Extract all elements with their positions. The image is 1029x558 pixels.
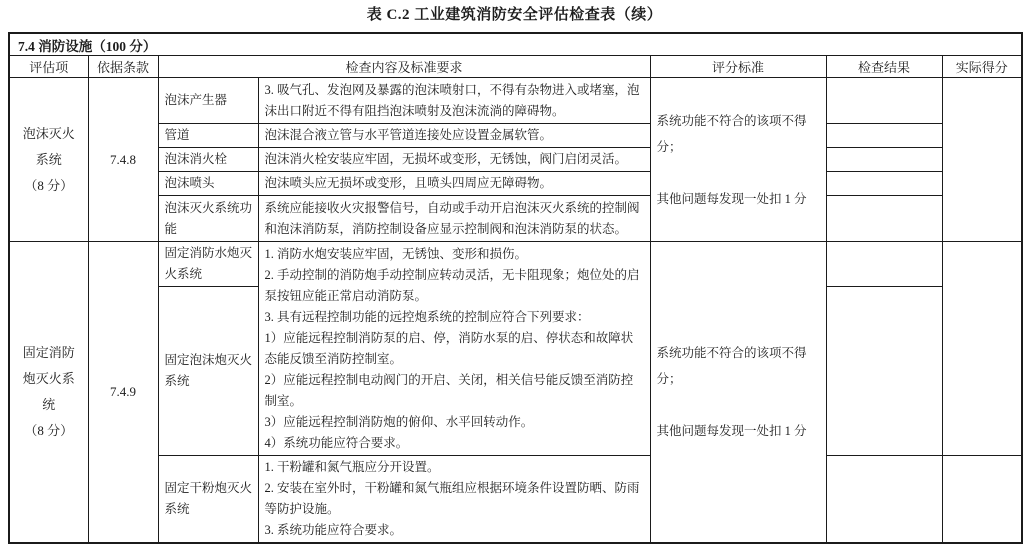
score-cell <box>942 78 1022 242</box>
section-bar: 7.4 消防设施（100 分） <box>9 33 1022 56</box>
score-cell <box>942 242 1022 456</box>
result-cell <box>826 196 942 242</box>
result-cell <box>826 287 942 456</box>
requirement-cell: 3. 吸气孔、发泡网及暴露的泡沫喷射口，不得有杂物进入或堵塞，泡 沫出口附近不得… <box>258 78 650 124</box>
col-header-result: 检查结果 <box>826 56 942 78</box>
document-page: 表 C.2 工业建筑消防安全评估检查表（续） 7.4 消防设施（100 分） 评… <box>0 0 1029 558</box>
item-cell: 固定消防 炮灭火系 统 （8 分） <box>9 242 88 543</box>
sub-item-cell: 固定干粉炮灭火 系统 <box>158 456 258 543</box>
evaluation-checklist-table: 7.4 消防设施（100 分） 评估项 依据条款 检查内容及标准要求 评分标准 … <box>8 32 1023 544</box>
result-cell <box>826 242 942 287</box>
criteria-cell: 系统功能不符合的该项不得 分； 其他问题每发现一处扣 1 分 <box>650 78 826 242</box>
result-cell <box>826 172 942 196</box>
result-cell <box>826 148 942 172</box>
col-header-clause: 依据条款 <box>88 56 158 78</box>
sub-item-cell: 泡沫消火栓 <box>158 148 258 172</box>
requirement-cell: 1. 消防水炮安装应牢固，无锈蚀、变形和损伤。 2. 手动控制的消防炮手动控制应… <box>258 242 650 456</box>
criteria-cell: 系统功能不符合的该项不得 分； 其他问题每发现一处扣 1 分 <box>650 242 826 543</box>
col-header-content: 检查内容及标准要求 <box>158 56 650 78</box>
sub-item-cell: 固定消防水炮灭 火系统 <box>158 242 258 287</box>
item-cell: 泡沫灭火 系统 （8 分） <box>9 78 88 242</box>
col-header-score: 实际得分 <box>942 56 1022 78</box>
sub-item-cell: 固定泡沫炮灭火 系统 <box>158 287 258 456</box>
sub-item-cell: 泡沫产生器 <box>158 78 258 124</box>
col-header-criteria: 评分标准 <box>650 56 826 78</box>
col-header-item: 评估项 <box>9 56 88 78</box>
requirement-cell: 泡沫混合液立管与水平管道连接处应设置金属软管。 <box>258 124 650 148</box>
result-cell <box>826 78 942 124</box>
result-cell <box>826 124 942 148</box>
page-title: 表 C.2 工业建筑消防安全评估检查表（续） <box>0 0 1029 32</box>
requirement-cell: 系统应能接收火灾报警信号，自动或手动开启泡沫灭火系统的控制阀 和泡沫消防泵，消防… <box>258 196 650 242</box>
requirement-cell: 1. 干粉罐和氮气瓶应分开设置。 2. 安装在室外时，干粉罐和氮气瓶组应根据环境… <box>258 456 650 543</box>
clause-cell: 7.4.8 <box>88 78 158 242</box>
requirement-cell: 泡沫喷头应无损坏或变形，且喷头四周应无障碍物。 <box>258 172 650 196</box>
requirement-cell: 泡沫消火栓安装应牢固，无损坏或变形，无锈蚀，阀门启闭灵活。 <box>258 148 650 172</box>
sub-item-cell: 泡沫喷头 <box>158 172 258 196</box>
result-cell <box>826 456 942 543</box>
sub-item-cell: 管道 <box>158 124 258 148</box>
sub-item-cell: 泡沫灭火系统功 能 <box>158 196 258 242</box>
score-cell <box>942 456 1022 543</box>
clause-cell: 7.4.9 <box>88 242 158 543</box>
